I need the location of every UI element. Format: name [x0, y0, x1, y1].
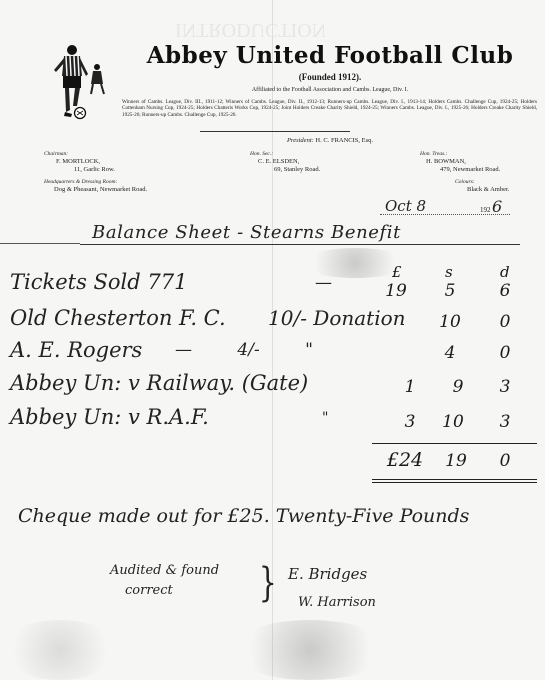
title-underline-left [0, 243, 80, 244]
honours-list: Winners of Cambs. League, Div. III., 191… [122, 99, 537, 118]
amount-pence: 6 [487, 281, 523, 301]
amount-pence: 0 [487, 312, 523, 332]
ledger-row-description: Tickets Sold 771 [10, 270, 187, 294]
amount-shillings: 5 [432, 281, 468, 301]
letterhead-divider [200, 131, 350, 132]
total-double-rule [372, 482, 537, 483]
balance-sheet-title: Balance Sheet - Stearns Benefit [92, 222, 401, 243]
total-shillings: 19 [438, 451, 474, 471]
chairman-name: F. MORTLOCK, [44, 158, 115, 166]
secretary-address: 69, Stanley Road. [250, 166, 320, 174]
treasurer-block: Hon. Treas.: H. BOWMAN, 479, Newmarket R… [420, 150, 500, 174]
audit-brace: } [259, 560, 277, 606]
total-double-rule [372, 479, 537, 480]
audit-statement-line2: correct [125, 583, 173, 598]
ledger-row-description: A. E. Rogers [10, 338, 142, 362]
headquarters-role: Headquarters & Dressing Room: [44, 178, 147, 186]
colours-role: Colours: [455, 178, 509, 186]
document-date: Oct 8 [385, 197, 426, 215]
amount-pence: 3 [487, 377, 523, 397]
affiliation-line: Affiliated to the Football Association a… [130, 87, 530, 93]
date-underline [380, 214, 510, 215]
subtotal-rule [372, 443, 537, 444]
amount-shillings: 9 [440, 377, 476, 397]
cheque-note: Cheque made out for £25. Twenty-Five Pou… [18, 505, 469, 527]
colours-value: Black & Amber. [455, 186, 509, 194]
amount-shillings: 10 [432, 312, 468, 332]
amount-pounds: 1 [392, 377, 428, 397]
treasurer-role: Hon. Treas.: [420, 150, 500, 158]
signature: W. Harrison [298, 595, 376, 610]
colours-block: Colours: Black & Amber. [455, 178, 509, 194]
ledger-row-note: — 4/- " [175, 340, 313, 360]
ghost-heading: INTRODUCTION [175, 18, 326, 41]
letter-page: INTRODUCTION Abbey United Football Club … [0, 0, 545, 680]
treasurer-name: H. BOWMAN, [420, 158, 500, 166]
total-pounds: £24 [380, 449, 430, 471]
secretary-name: C. E. ELSDEN, [250, 158, 320, 166]
club-name: Abbey United Football Club [130, 42, 530, 69]
column-shillings: s [445, 263, 453, 281]
ledger-row-note: " [322, 410, 328, 426]
headquarters-address: Dog & Pheasant, Newmarket Road. [44, 186, 147, 194]
signature: E. Bridges [288, 565, 367, 583]
headquarters-block: Headquarters & Dressing Room: Dog & Phea… [44, 178, 147, 194]
secretary-block: Hon. Sec.: C. E. ELSDEN, 69, Stanley Roa… [250, 150, 320, 174]
amount-pounds: 19 [378, 281, 414, 301]
amount-pounds: 3 [392, 412, 428, 432]
year-suffix: 6 [492, 197, 502, 216]
chairman-address: 11, Garlic Row. [44, 166, 115, 174]
president-line: President: H. C. FRANCIS, Esq. [130, 137, 530, 144]
president-label: President: [287, 137, 314, 144]
founded-year: (Founded 1912). [130, 72, 530, 82]
title-underline [80, 244, 520, 245]
ledger-row-description: Abbey Un: v R.A.F. [10, 405, 209, 429]
chairman-block: Chairman: F. MORTLOCK, 11, Garlic Row. [44, 150, 115, 174]
amount-pence: 3 [487, 412, 523, 432]
ledger-row-description: Abbey Un: v Railway. (Gate) [10, 371, 308, 395]
column-pounds: £ [392, 263, 402, 281]
total-pence: 0 [487, 451, 523, 471]
audit-statement-line1: Audited & found [110, 563, 219, 578]
speckle [0, 620, 120, 680]
treasurer-address: 479, Newmarket Road. [420, 166, 500, 174]
president-name: H. C. FRANCIS, Esq. [315, 137, 373, 144]
secretary-role: Hon. Sec.: [250, 150, 320, 158]
chairman-role: Chairman: [44, 150, 115, 158]
amount-shillings: 10 [435, 412, 471, 432]
amount-pence: 0 [487, 343, 523, 363]
ledger-row-note: — [315, 273, 332, 293]
ledger-row-description: Old Chesterton F. C. [10, 306, 226, 330]
ledger-row-note: 10/- Donation [268, 306, 406, 330]
column-pence: d [500, 263, 510, 281]
amount-shillings: 4 [432, 343, 468, 363]
footballer-logo-icon [50, 40, 110, 128]
speckle [230, 620, 390, 680]
year-prefix: 192 [480, 206, 491, 214]
